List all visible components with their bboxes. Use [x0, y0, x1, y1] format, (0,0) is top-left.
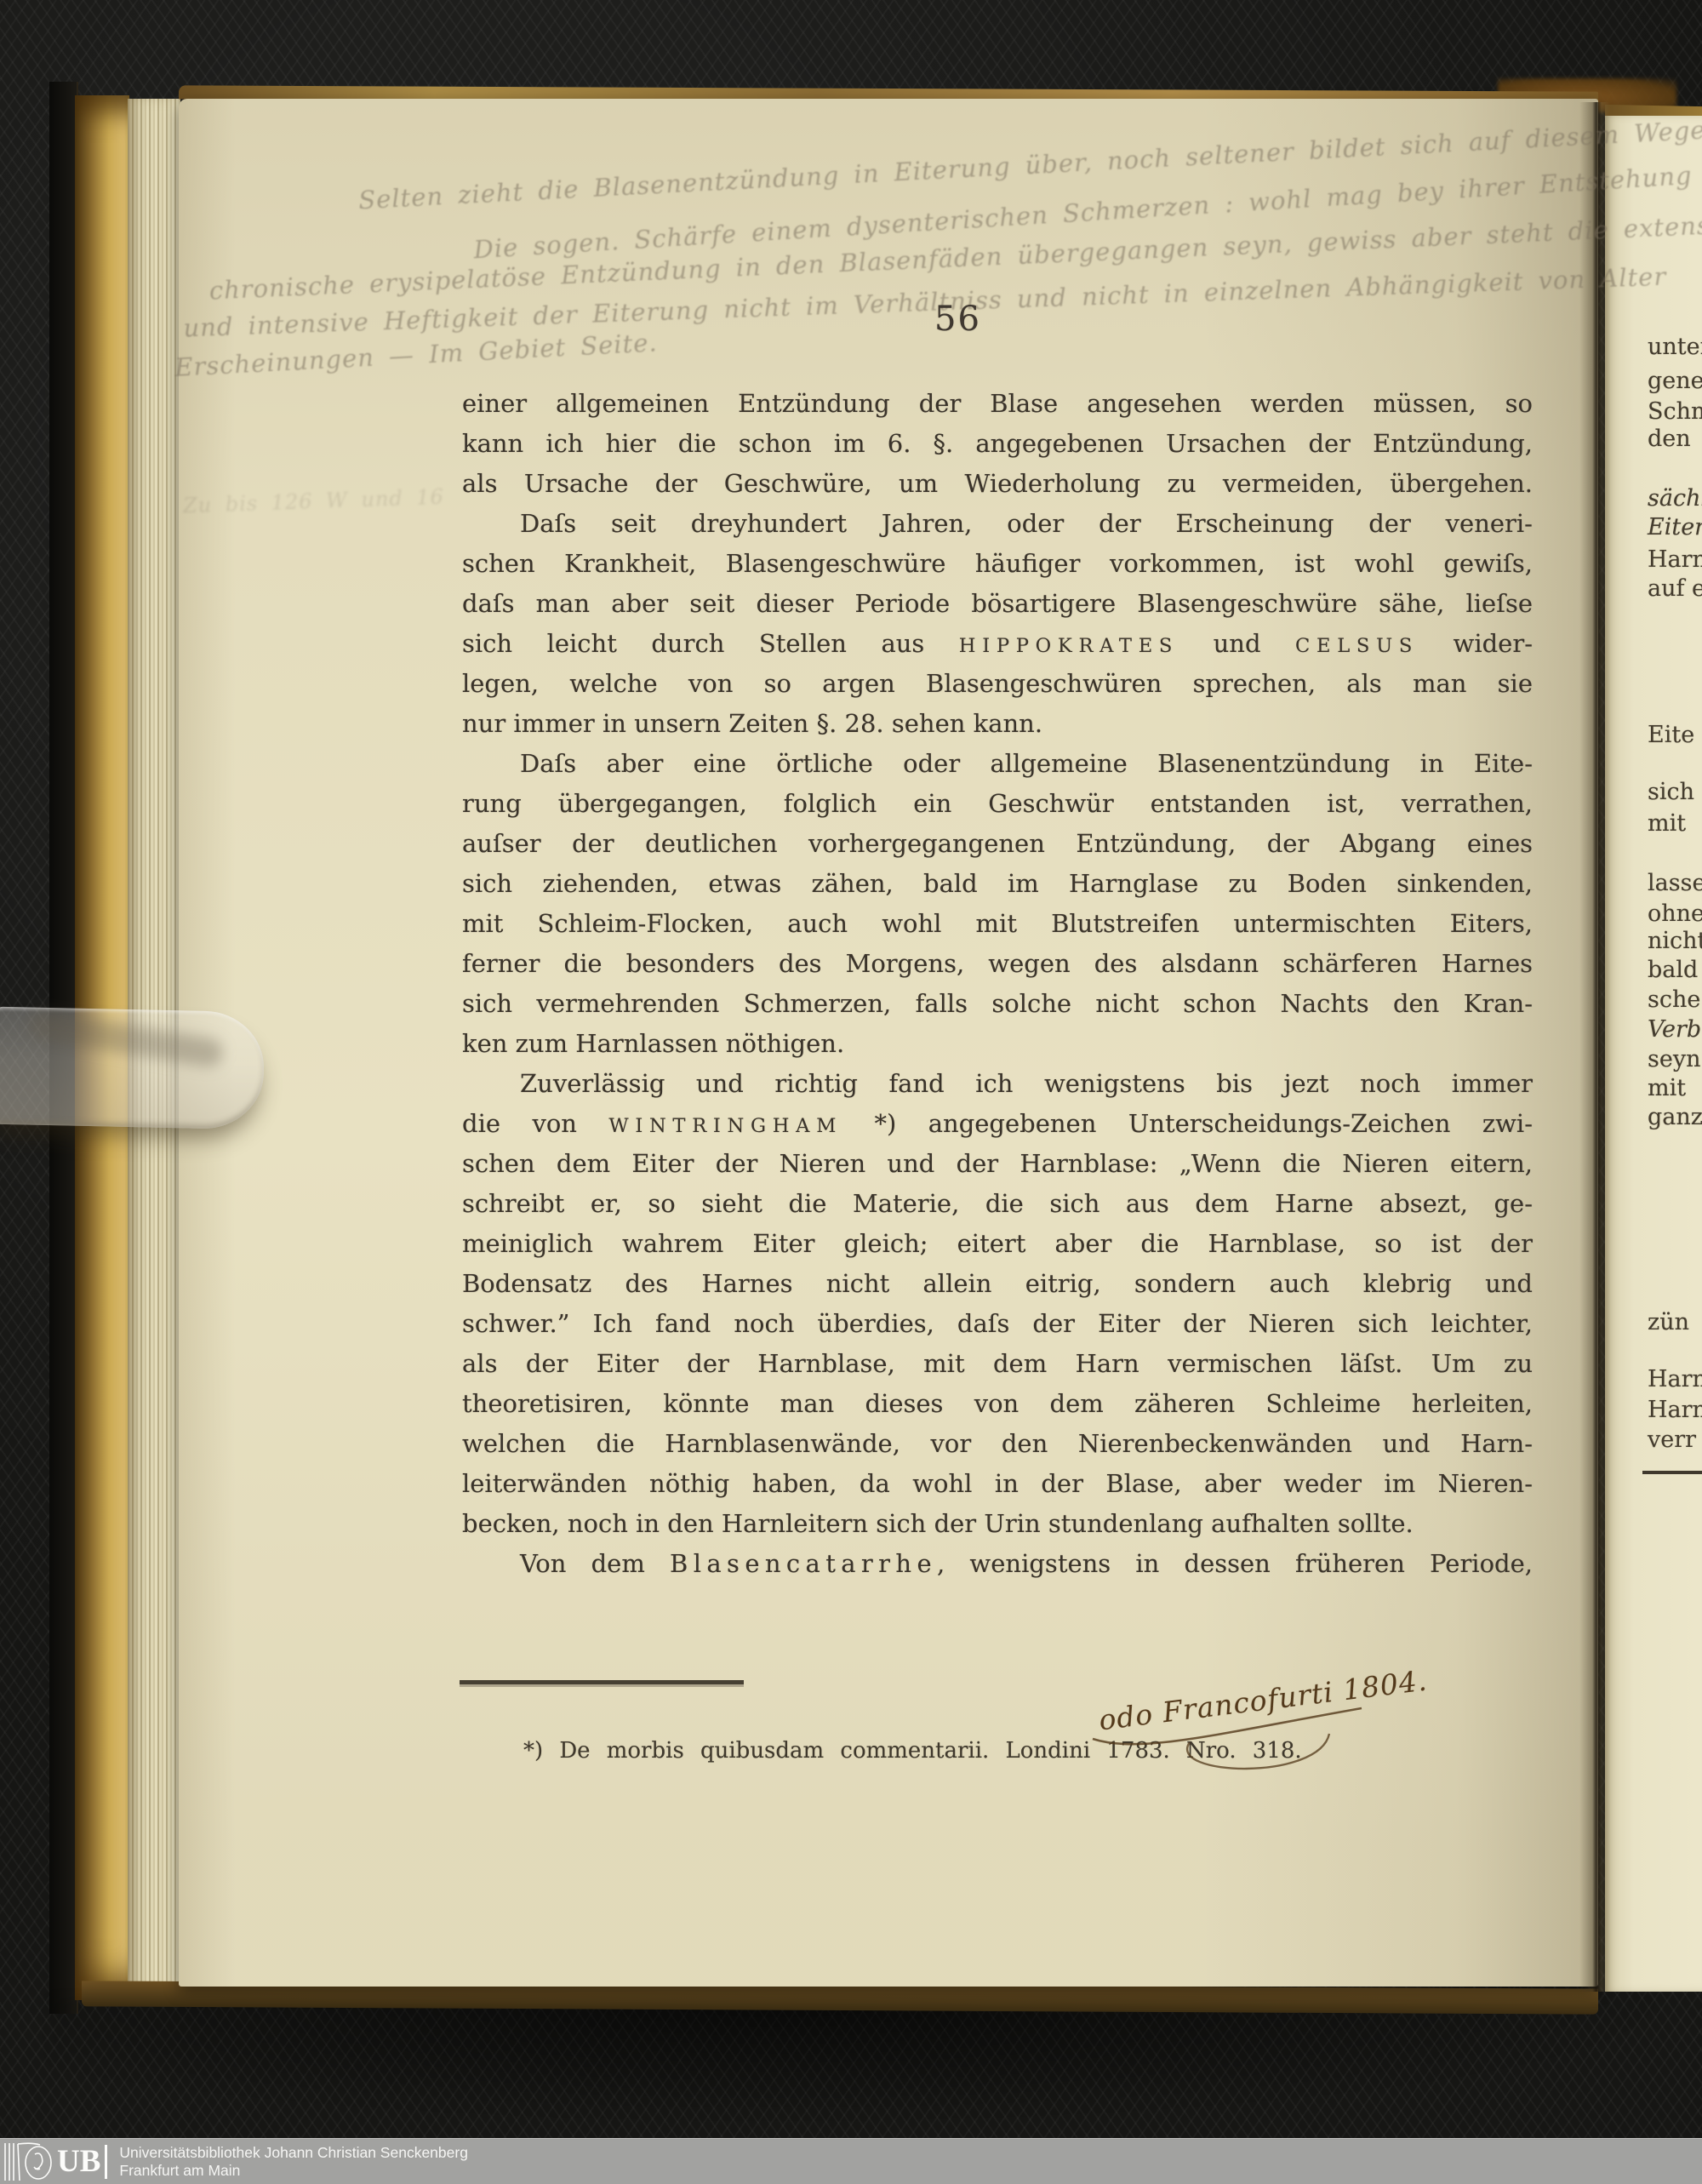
ink-flourish-stroke: [1081, 1689, 1387, 1792]
library-name: Universitätsbibliothek Johann Christian …: [119, 2144, 468, 2162]
next-page-text-fragment: ohne: [1648, 900, 1702, 927]
text-line: sich ziehenden, etwas zähen, bald im Har…: [462, 865, 1533, 905]
text-line: auſser der deutlichen vorhergegangenen E…: [462, 825, 1533, 865]
text-line: theoretisiren, könnte man dieses von dem…: [462, 1385, 1533, 1425]
text-line: becken, noch in den Harnleitern sich der…: [462, 1505, 1533, 1545]
text-line: schen Krankheit, Blasengeschwüre häufige…: [462, 545, 1533, 585]
text-line: Daſs aber eine örtliche oder allgemeine …: [462, 745, 1533, 785]
gutter-shadow: [1579, 102, 1610, 1992]
next-page-text-fragment: zün: [1648, 1309, 1689, 1335]
next-page-text-fragment: Harn: [1648, 1366, 1702, 1392]
text-line: schen dem Eiter der Nieren und der Harnb…: [462, 1145, 1533, 1185]
book-spines-portrait-icon: [3, 2141, 55, 2182]
plastic-page-holder-strip: [0, 1007, 265, 1130]
text-line: welchen die Harnblasenwände, vor den Nie…: [462, 1425, 1533, 1465]
text-line: legen, welche von so argen Blasengeschwü…: [462, 665, 1533, 705]
library-city: Frankfurt am Main: [119, 2162, 468, 2180]
next-page-text-fragment: Verb: [1648, 1016, 1701, 1043]
logo-divider: [105, 2145, 107, 2179]
page-number: 56: [934, 300, 981, 339]
library-footer-bar: UB Universitätsbibliothek Johann Christi…: [0, 2138, 1702, 2184]
library-logo: UB: [3, 2141, 107, 2182]
next-page-text-fragment: seyn: [1648, 1046, 1700, 1072]
next-page-text-fragment: Harn: [1648, 546, 1702, 573]
next-page-text-fragment: Harn: [1648, 1397, 1702, 1423]
text-line: Bodensatz des Harnes nicht allein eitrig…: [462, 1265, 1533, 1305]
text-line: als Ursache der Geschwüre, um Wiederholu…: [462, 465, 1533, 505]
text-line: einer allgemeinen Entzündung der Blase a…: [462, 385, 1533, 425]
footnote-separator: [460, 1680, 744, 1684]
next-page-text-fragment: sächl: [1648, 485, 1702, 512]
next-page-footnote-rule: [1642, 1471, 1702, 1474]
text-line: Von dem Blasencatarrhe, wenigstens in de…: [462, 1545, 1533, 1585]
text-line: meiniglich wahrem Eiter gleich; eitert a…: [462, 1225, 1533, 1265]
next-page-text-fragment: lasse: [1648, 870, 1702, 896]
next-page-text-fragment: Schm: [1648, 398, 1702, 425]
text-line: ken zum Harnlassen nöthigen.: [462, 1025, 1533, 1065]
text-line: schreibt er, so sieht die Materie, die s…: [462, 1185, 1533, 1225]
next-page-text-fragment: sche: [1648, 986, 1700, 1013]
text-line: Daſs seit dreyhundert Jahren, oder der E…: [462, 505, 1533, 545]
text-line: sich leicht durch Stellen aus HIPPOKRATE…: [462, 625, 1533, 665]
next-page-text-fragment: nicht: [1648, 928, 1702, 954]
next-page-text-fragment: sich: [1648, 779, 1694, 805]
book-shadow: [51, 1998, 1668, 2118]
text-line: nur immer in unsern Zeiten §. 28. sehen …: [462, 705, 1533, 745]
next-page-text-fragment: verr: [1648, 1426, 1696, 1453]
next-page-text-fragment: gener: [1648, 368, 1702, 394]
next-page-text-fragment: unter: [1648, 334, 1702, 360]
book-scan: 56 einer allgemeinen Entzündung der Blas…: [0, 0, 1702, 2184]
text-line: schwer.” Ich fand noch überdies, daſs de…: [462, 1305, 1533, 1345]
next-page-text-fragment: mit: [1648, 810, 1686, 837]
text-line: kann ich hier die schon im 6. §. angegeb…: [462, 425, 1533, 465]
next-page-text-fragment: mit: [1648, 1075, 1686, 1101]
next-page-text-fragment: ganz: [1648, 1104, 1702, 1130]
text-line: als der Eiter der Harnblase, mit dem Har…: [462, 1345, 1533, 1385]
next-page-text-fragment: Eite: [1648, 722, 1694, 748]
text-line: rung übergegangen, folglich ein Geschwür…: [462, 785, 1533, 825]
text-line: mit Schleim-Flocken, auch wohl mit Bluts…: [462, 905, 1533, 945]
next-page-text-fragment: auf e: [1648, 575, 1702, 602]
next-page-text-fragment: den: [1648, 426, 1691, 452]
text-line: Zuverlässig und richtig fand ich wenigst…: [462, 1065, 1533, 1105]
body-text: einer allgemeinen Entzündung der Blase a…: [462, 385, 1533, 1585]
text-line: sich vermehrenden Schmerzen, falls solch…: [462, 985, 1533, 1025]
next-page-text-fragment: Eiter,: [1648, 514, 1702, 540]
text-line: die von WINTRINGHAM *) angegebenen Unter…: [462, 1105, 1533, 1145]
text-line: ferner die besonders des Morgens, wegen …: [462, 945, 1533, 985]
ub-monogram: UB: [57, 2141, 100, 2182]
text-line: leiterwänden nöthig haben, da wohl in de…: [462, 1465, 1533, 1505]
next-page-text-fragment: bald: [1648, 957, 1698, 983]
text-line: daſs man aber seit dieser Periode bösart…: [462, 585, 1533, 625]
